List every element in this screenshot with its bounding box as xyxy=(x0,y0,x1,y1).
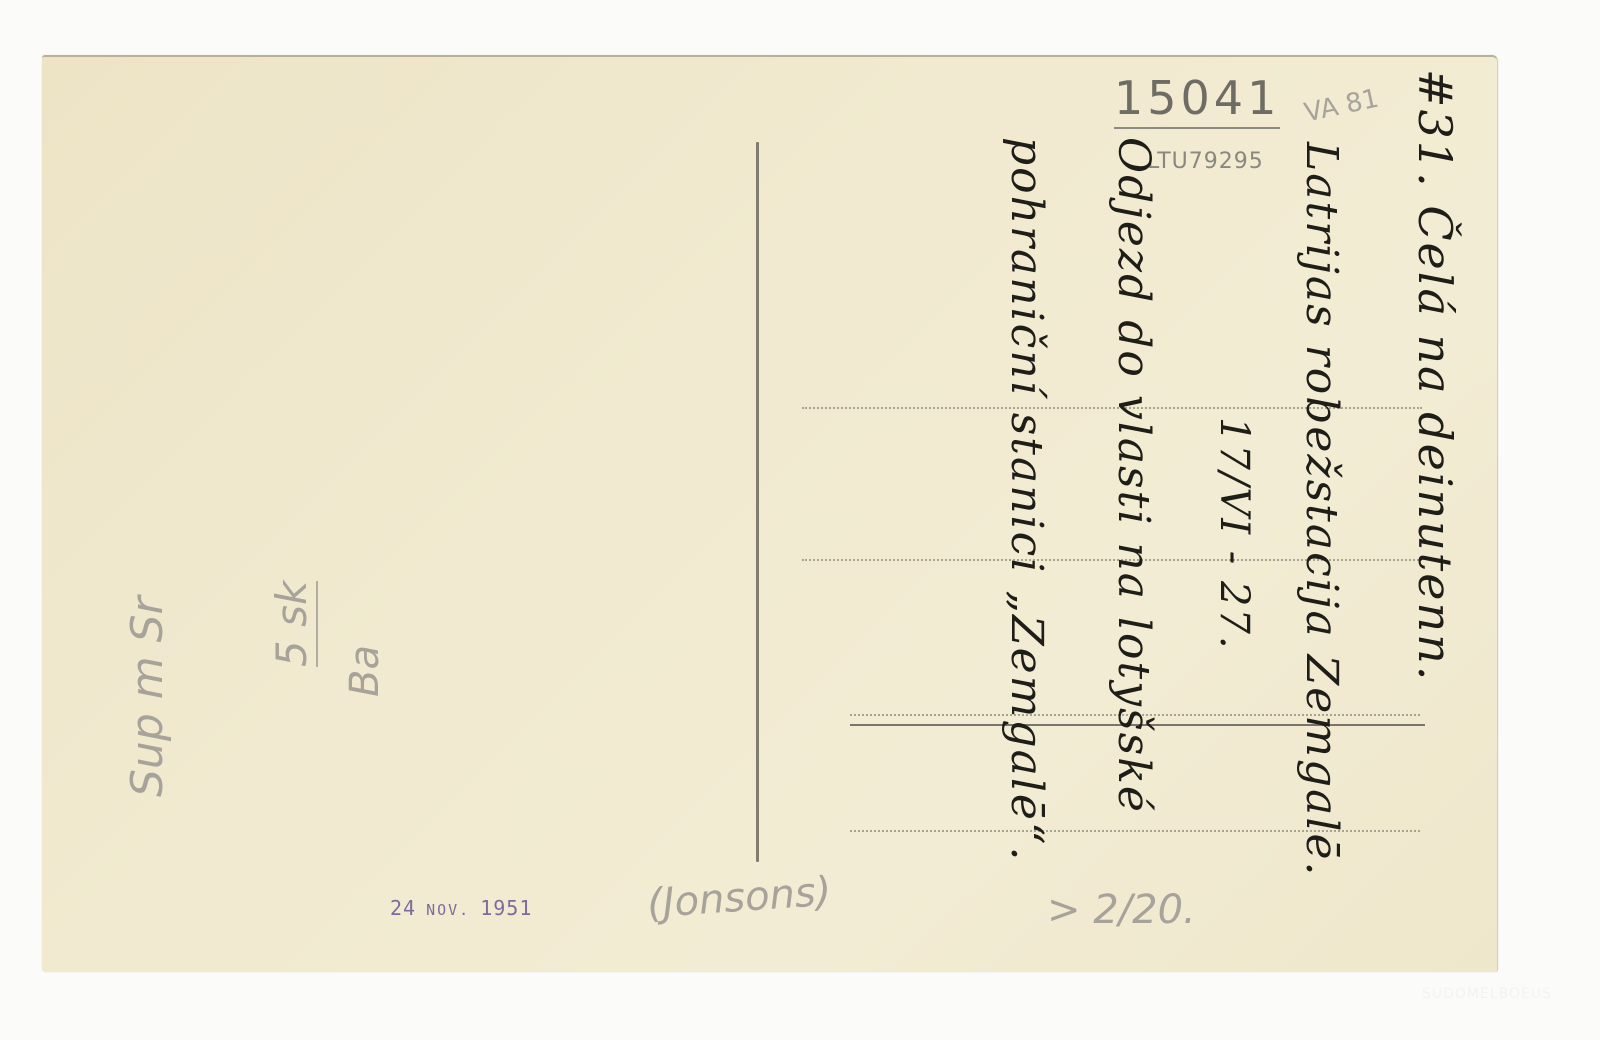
message-line-3-date: 17/VI - 27. xyxy=(1211,417,1257,651)
catalog-reference: LTU79295 xyxy=(1147,149,1264,174)
left-pencil-note-1: Sup m Sr xyxy=(122,596,173,797)
watermark: SUDOMELBOEUS xyxy=(1422,986,1552,1002)
stamp-year: 1951 xyxy=(480,896,532,920)
message-line-1: #31. Čelá na deinutenn. xyxy=(1408,69,1462,682)
center-divider-line xyxy=(756,142,759,862)
message-line-4: Odjezd do vlasti na lotyšské xyxy=(1108,137,1159,814)
catalog-suffix: VA 81 xyxy=(1302,84,1382,129)
left-pencil-note-3: Ba xyxy=(342,645,388,697)
postcard-reverse: 15041 VA 81 LTU79295 #31. Čelá na deinut… xyxy=(42,55,1498,972)
collector-name-note: (Jonsons) xyxy=(646,869,833,928)
message-line-5: pohraniční stanici „Zemgalē“. xyxy=(1001,137,1052,862)
date-stamp: 24NOV.1951 xyxy=(390,896,532,920)
price-note: > 2/20. xyxy=(1047,887,1196,933)
stamp-month: NOV. xyxy=(426,901,470,919)
catalog-number: 15041 xyxy=(1114,71,1280,129)
stamp-day: 24 xyxy=(390,896,416,920)
message-line-2: Latrijas robežstacija Zemgalē. xyxy=(1296,142,1347,878)
left-pencil-note-2: 5 sk xyxy=(267,581,318,667)
